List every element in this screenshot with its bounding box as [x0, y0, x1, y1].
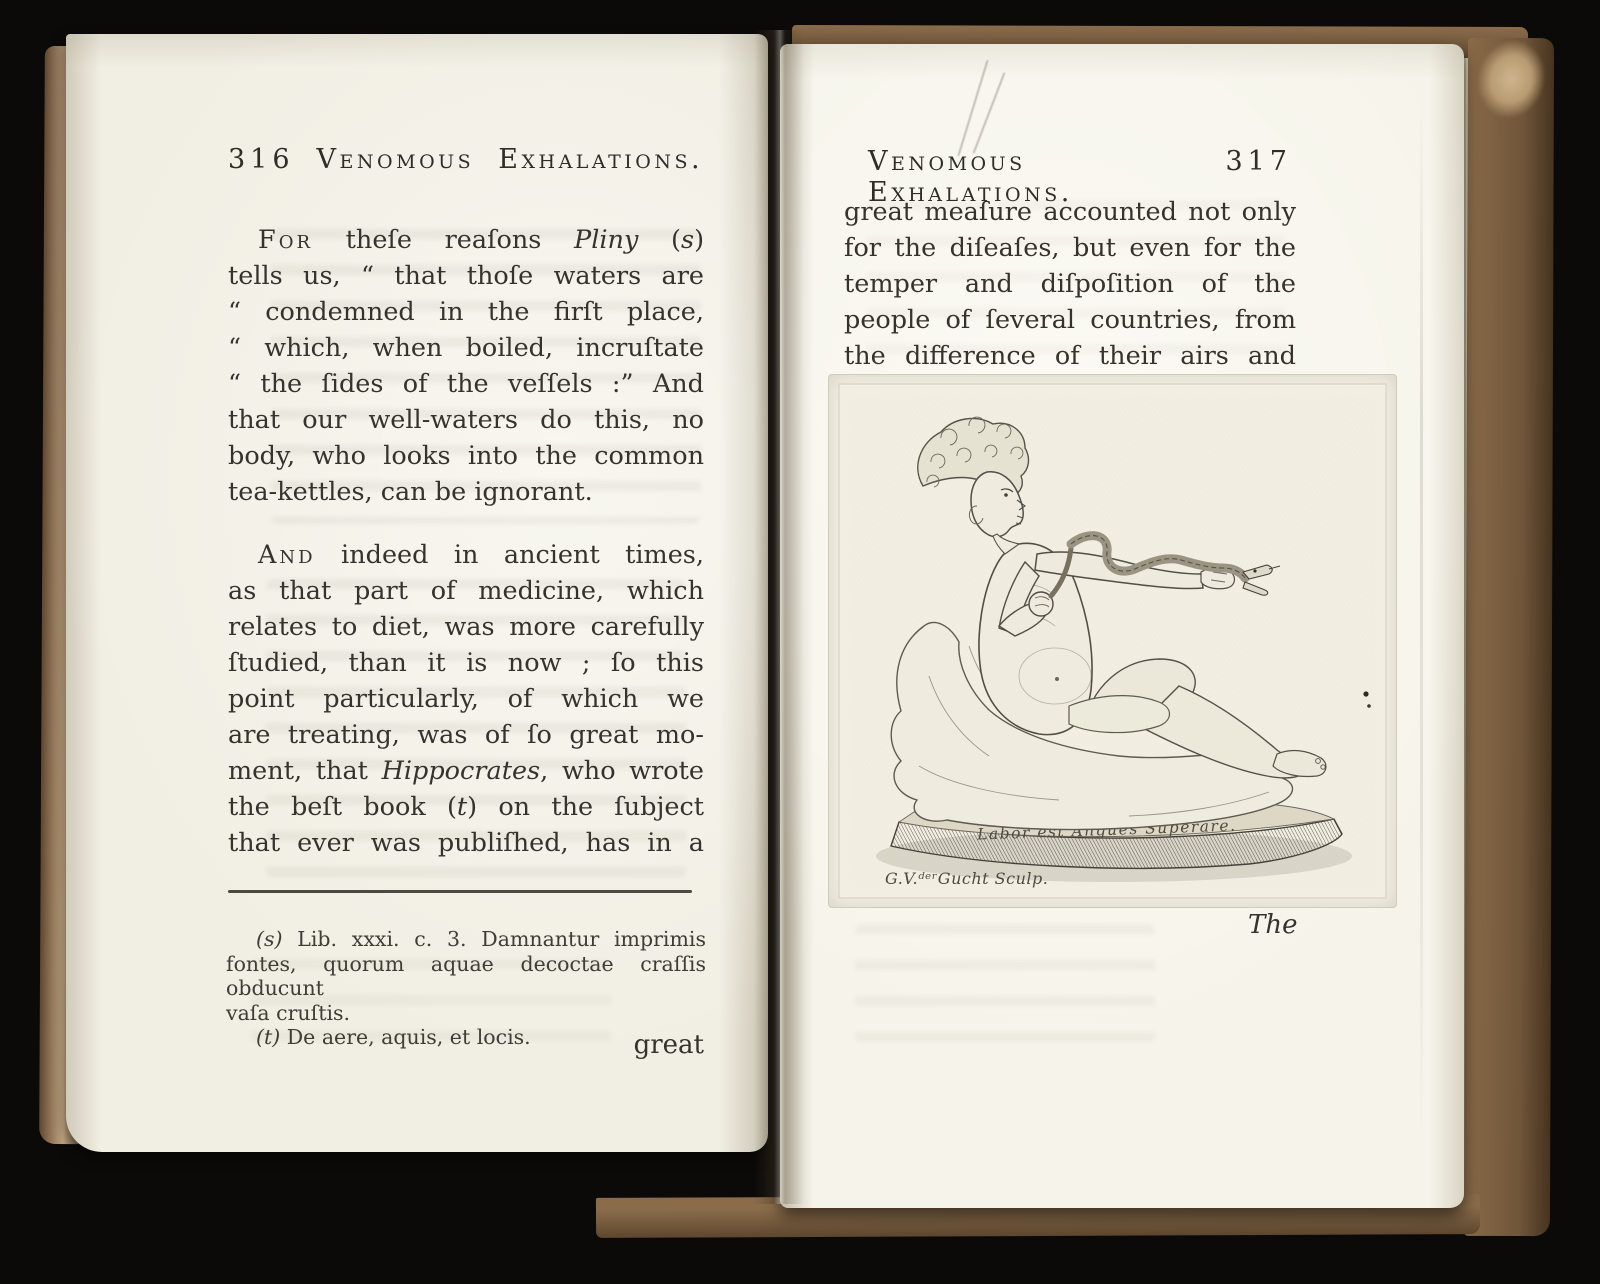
- text-segment: body, who looks into the common: [228, 441, 704, 471]
- text-segment: tea-kettles, can be ignorant.: [228, 477, 593, 507]
- text-segment: “ condemned in the firſt place,: [228, 297, 704, 327]
- paper-fleck: [1367, 704, 1371, 708]
- text-line: relates to diet, was more carefully: [228, 609, 704, 645]
- running-header: 316 Venomous Exhalations.: [228, 144, 706, 175]
- text-segment: vaſa cruſtis.: [226, 1001, 350, 1025]
- text-segment: the difference of their airs and: [844, 341, 1296, 371]
- catchword-right: The: [1248, 910, 1328, 940]
- text-segment: t: [457, 792, 467, 822]
- text-segment: for the diſeaſes, but even for the: [844, 233, 1296, 263]
- text-segment: ) on the ſubject: [467, 792, 704, 822]
- text-line: as that part of medicine, which: [228, 573, 704, 609]
- paragraph-pliny: For theſe reaſons Pliny (s)tells us, “ t…: [228, 222, 704, 510]
- text-line: “ the ſides of the veſſels :” And: [228, 366, 704, 402]
- text-segment: Pliny: [574, 225, 638, 255]
- text-segment: “ the ſides of the veſſels :” And: [228, 369, 704, 399]
- text-segment: tells us, “ that thoſe waters are: [228, 261, 704, 291]
- text-line: For theſe reaſons Pliny (s): [228, 222, 704, 258]
- text-segment: Hippocrates: [382, 756, 541, 786]
- text-line: ment, that Hippocrates, who wrote: [228, 753, 704, 789]
- text-segment: , who wrote: [540, 756, 704, 786]
- text-segment: indeed in ancient times,: [316, 540, 704, 570]
- text-segment: ſtudied, than it is now ; ſo this: [228, 648, 704, 678]
- text-line: vaſa cruſtis.: [226, 1001, 706, 1026]
- left-page: 316 Venomous Exhalations. For theſe reaſ…: [66, 34, 768, 1152]
- text-segment: (: [638, 225, 681, 255]
- text-line: tea-kettles, can be ignorant.: [228, 474, 704, 510]
- text-line: (s) Lib. xxxi. c. 3. Damnantur imprimis: [226, 927, 706, 952]
- surface-scratch: [957, 60, 988, 156]
- paper-fleck: [1363, 691, 1368, 696]
- text-line: ſtudied, than it is now ; ſo this: [228, 645, 704, 681]
- text-line: that ever was publiſhed, has in a: [228, 825, 704, 861]
- text-segment: “ which, when boiled, incruſtate: [228, 333, 704, 363]
- right-page: Venomous Exhalations. 317 great meaſure …: [780, 44, 1464, 1208]
- text-segment: relates to diet, was more carefully: [228, 612, 704, 642]
- text-segment: that ever was publiſhed, has in a: [228, 828, 704, 858]
- text-line: “ condemned in the firſt place,: [228, 294, 704, 330]
- text-line: the beſt book (t) on the ſubject: [228, 789, 704, 825]
- photo-of-open-book: 316 Venomous Exhalations. For theſe reaſ…: [0, 0, 1600, 1284]
- running-title: Venomous Exhalations.: [317, 144, 704, 175]
- text-segment: the beſt book (: [228, 792, 457, 822]
- catchword-left: great: [228, 1030, 704, 1060]
- text-segment: Lib. xxxi. c. 3. Damnantur imprimis: [283, 927, 706, 951]
- putto-snake-engraving: Labor est Angues Superare.: [829, 375, 1396, 907]
- text-line: people of ſeveral countries, from: [844, 302, 1296, 338]
- text-line: the difference of their airs and: [844, 338, 1296, 374]
- text-segment: great meaſure accounted not only: [844, 197, 1296, 227]
- text-segment: as that part of medicine, which: [228, 576, 704, 606]
- text-segment: ): [694, 225, 704, 255]
- page-crease: [1420, 104, 1423, 1144]
- text-line: point particularly, of which we: [228, 681, 704, 717]
- book-cover-right-edge: [1464, 38, 1554, 1236]
- text-segment: (s): [256, 927, 283, 951]
- text-segment: people of ſeveral countries, from: [844, 305, 1296, 335]
- text-segment: ment, that: [228, 756, 382, 786]
- show-through-text: [855, 924, 1155, 1044]
- text-line: for the diſeaſes, but even for the: [844, 230, 1296, 266]
- footnote-rule: [228, 890, 692, 893]
- text-segment: For: [258, 225, 313, 255]
- text-line: And indeed in ancient times,: [228, 537, 704, 573]
- text-segment: fontes, quorum aquae decoctae craſſis ob…: [226, 952, 706, 1001]
- text-segment: point particularly, of which we: [228, 684, 704, 714]
- text-line: temper and diſpoſition of the: [844, 266, 1296, 302]
- text-line: great meaſure accounted not only: [844, 194, 1296, 230]
- text-segment: that our well-waters do this, no: [228, 405, 704, 435]
- text-line: body, who looks into the common: [228, 438, 704, 474]
- text-line: tells us, “ that thoſe waters are: [228, 258, 704, 294]
- text-segment: temper and diſpoſition of the: [844, 269, 1296, 299]
- page-number: 316: [228, 144, 295, 175]
- text-line: that our well-waters do this, no: [228, 402, 704, 438]
- text-segment: theſe reaſons: [313, 225, 574, 255]
- paragraph-hippocrates: And indeed in ancient times,as that part…: [228, 537, 704, 861]
- text-segment: are treating, was of ſo great mo-: [228, 720, 704, 750]
- text-segment: And: [258, 540, 316, 570]
- page-number: 317: [1225, 146, 1292, 177]
- engraver-credit: G.V.ᵈᵉʳGucht Sculp.: [885, 869, 1048, 888]
- text-line: are treating, was of ſo great mo-: [228, 717, 704, 753]
- engraving-plate: Labor est Angues Superare.: [828, 374, 1397, 908]
- text-line: “ which, when boiled, incruſtate: [228, 330, 704, 366]
- surface-scratch: [973, 72, 1006, 153]
- text-line: fontes, quorum aquae decoctae craſſis ob…: [226, 952, 706, 1001]
- text-segment: s: [681, 225, 694, 255]
